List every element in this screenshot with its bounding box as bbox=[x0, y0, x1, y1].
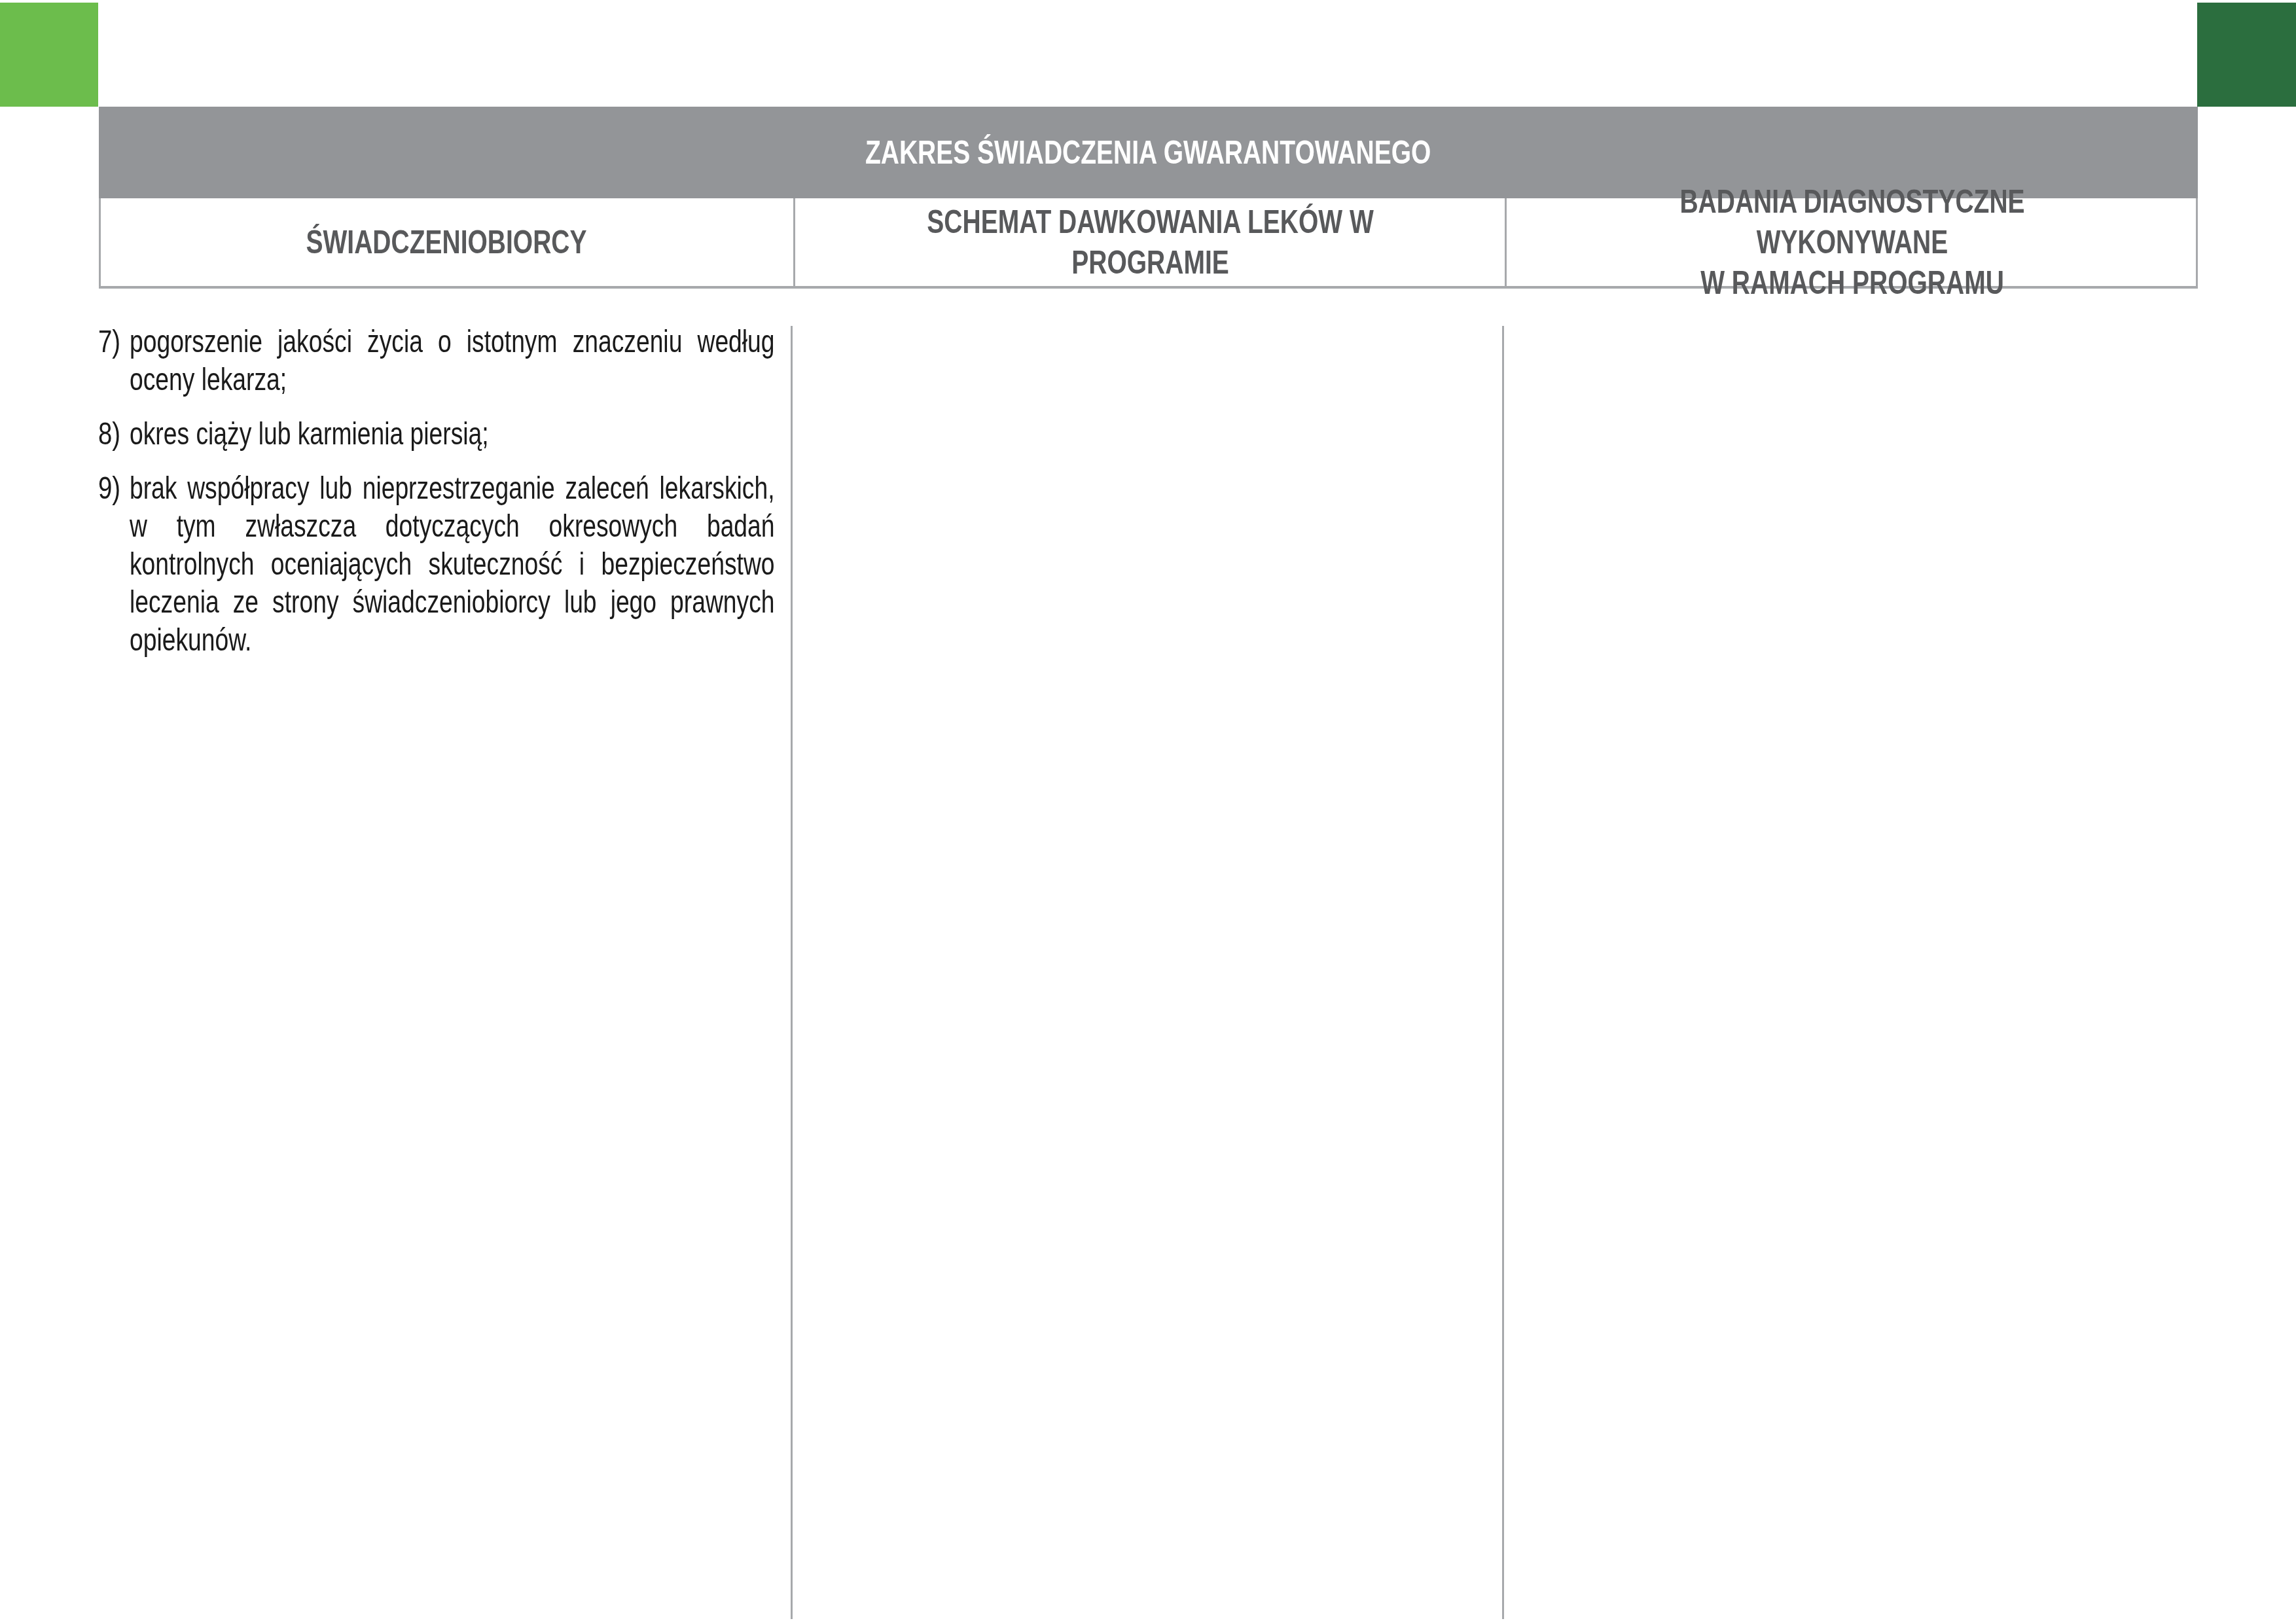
column-divider bbox=[1502, 326, 1504, 1619]
column-header-dosage-scheme: SCHEMAT DAWKOWANIA LEKÓW W PROGRAMIE bbox=[793, 198, 1505, 286]
column-header-diagnostic-tests: BADANIA DIAGNOSTYCZNE WYKONYWANE W RAMAC… bbox=[1505, 198, 2198, 286]
column-beneficiaries-content: 7) pogorszenie jakości życia o istotnym … bbox=[98, 323, 774, 676]
table-header-row: ŚWIADCZENIOBIORCY SCHEMAT DAWKOWANIA LEK… bbox=[99, 198, 2198, 289]
list-item: 8) okres ciąży lub karmienia piersią; bbox=[98, 416, 774, 454]
list-item-text: pogorszenie jakości życia o istotnym zna… bbox=[130, 323, 775, 399]
list-item-text: okres ciąży lub karmienia piersią; bbox=[130, 416, 775, 454]
list-item-number: 7) bbox=[98, 323, 126, 361]
column-header-beneficiaries: ŚWIADCZENIOBIORCY bbox=[101, 198, 791, 286]
column-header-label: SCHEMAT DAWKOWANIA LEKÓW W PROGRAMIE bbox=[873, 202, 1427, 283]
list-item-text: brak współpracy lub nieprzestrzeganie za… bbox=[130, 470, 775, 660]
corner-accent-right bbox=[2197, 3, 2296, 107]
corner-accent-left bbox=[0, 3, 98, 107]
list-item-number: 8) bbox=[98, 416, 126, 454]
column-divider bbox=[791, 326, 793, 1619]
column-header-label: ŚWIADCZENIOBIORCY bbox=[306, 222, 586, 262]
list-item-number: 9) bbox=[98, 470, 126, 508]
column-header-label: BADANIA DIAGNOSTYCZNE WYKONYWANE W RAMAC… bbox=[1583, 181, 2122, 303]
list-item: 7) pogorszenie jakości życia o istotnym … bbox=[98, 323, 774, 399]
list-item: 9) brak współpracy lub nieprzestrzeganie… bbox=[98, 470, 774, 660]
table-title: ZAKRES ŚWIADCZENIA GWARANTOWANEGO bbox=[865, 134, 1431, 171]
